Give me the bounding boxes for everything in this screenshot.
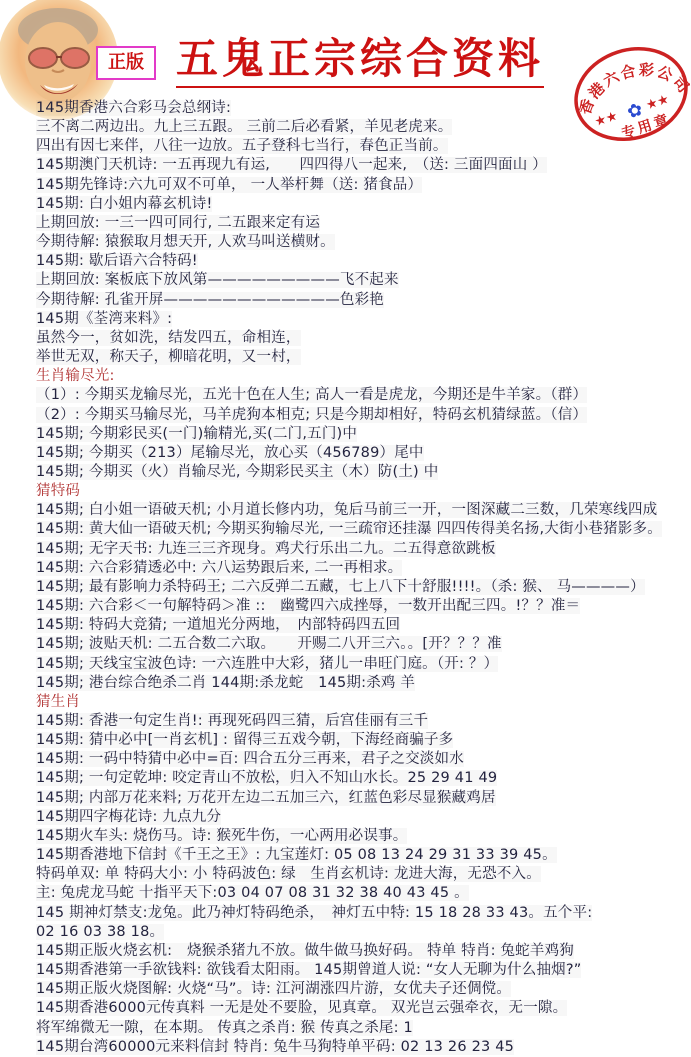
tip-sheet-page: 正版 五鬼正宗综合资料 香港六合彩公司 ★★ ✿ ★★ 专用章 145期香港六合… — [0, 0, 691, 1057]
text-line: 145期; 内部万花来料; 万花开左边二五加三六，红蓝色彩尽显猴藏鸡居 — [36, 789, 691, 808]
text-line: 145 期神灯禁支:龙兔。此乃神灯特码绝杀， 神灯五中特: 15 18 28 3… — [36, 904, 691, 923]
text-line: 145期: 猜中必中[一肖玄机] : 留得三五戏今朝，下海经商骗子多 — [36, 731, 691, 750]
text-line: 145期四字梅花诗: 九点九分 — [36, 808, 691, 827]
text-line: （2）: 今期买马输尽光，马羊虎狗本相克; 只是今期却相好，特码玄机猜绿蓝。（信… — [36, 406, 691, 425]
text-line: 145期; 最有影响力杀特码王; 二六反弹二五藏，七上八下十舒服!!!!。（杀:… — [36, 578, 691, 597]
text-line: 145期: 黄大仙一语破天机; 今期买狗输尽光, 一三疏帘还挂瀑 四四传得美名扬… — [36, 520, 691, 539]
content-lines: 145期香港六合彩马会总纲诗:三不离二两边出。九上三五跟。 三前二后必看紧，羊见… — [0, 99, 691, 1057]
text-line: 今期待解: 孔雀开屏————————————色彩艳 — [36, 291, 691, 310]
text-line: 上期回放: 案板底下放风第—————————飞不起来 — [36, 271, 691, 290]
text-line: 145期; 港台综合绝杀二肖 144期:杀龙蛇 145期:杀鸡 羊 — [36, 674, 691, 693]
text-line: 145期: 歇后语六合特码! — [36, 252, 691, 271]
section-header: 猜生肖 — [36, 693, 691, 712]
authentic-badge: 正版 — [96, 46, 156, 80]
text-line: 145期; 一句定乾坤: 咬定青山不放松，归入不知山水长。25 29 41 49 — [36, 769, 691, 788]
text-line: 02 16 03 38 18。 — [36, 923, 691, 942]
text-line: 145期; 波贴天机: 二五合数二六取。 开赐二八开三六。。[开？？？准 — [36, 635, 691, 654]
text-line: 145期: 一码中特猜中必中=百: 四合五分三再来，君子之交淡如水 — [36, 750, 691, 769]
text-line: 145期台湾60000元来料信封 特肖: 兔牛马狗特单平码: 02 13 26 … — [36, 1038, 691, 1057]
text-line: 将军绵微无一隙，在本期。 传真之杀肖: 猴 传真之杀尾: 1 — [36, 1019, 691, 1038]
section-header: 生肖输尽光: — [36, 367, 691, 386]
text-line: 145期; 白小姐一语破天机; 小月道长修内功，兔后马前三一开，一图深藏二三数，… — [36, 501, 691, 520]
text-line: 145期; 无字天书: 九连三三齐现身。鸡犬行乐出二九。二五得意欲跳板 — [36, 540, 691, 559]
text-line: 145期《荃湾来料》: — [36, 310, 691, 329]
text-line: （1）: 今期买龙输尽光，五光十色在人生; 高人一看是虎龙，今期还是牛羊家。（群… — [36, 386, 691, 405]
text-line: 四出有因七来伴，八往一边放。五子登科七当行，春色正当前。 — [36, 137, 691, 156]
text-line: 特码单双: 单 特码大小: 小 特码波色: 绿 生肖玄机诗: 龙进大海，无恐不入… — [36, 865, 691, 884]
text-line: 145期香港地下信封《千王之王》: 九宝莲灯: 05 08 13 24 29 3… — [36, 846, 691, 865]
text-line: 145期正版火烧图解: 火烧“马”。诗: 江河湖涨四片游，女优夫子还倜傥。 — [36, 980, 691, 999]
text-line: 上期回放: 一三一四可同行, 二五跟来定有运 — [36, 214, 691, 233]
text-line: 145期: 六合彩＜一句解特码＞准 :: 幽鹭四六成挫辱，一数开出配三四。!？？… — [36, 597, 691, 616]
text-line: 145期香港6000元传真料 一无是处不要脸，见真章。 双光岂云强牵衣，无一隙。 — [36, 999, 691, 1018]
text-line: 145期; 今期买（火）肖输尽光, 今期彩民买主（木）防(土) 中 — [36, 463, 691, 482]
sheet-header: 正版 五鬼正宗综合资料 香港六合彩公司 ★★ ✿ ★★ 专用章 — [0, 0, 691, 100]
text-line: 主: 兔虎龙马蛇 十指平天下:03 04 07 08 31 32 38 40 4… — [36, 884, 691, 903]
section-header: 猜特码 — [36, 482, 691, 501]
text-line: 145期香港六合彩马会总纲诗: — [36, 99, 691, 118]
text-line: 145期: 白小姐内幕玄机诗! — [36, 195, 691, 214]
text-line: 145期火车头: 烧伤马。诗: 猴死牛伤，一心两用必误事。 — [36, 827, 691, 846]
text-line: 145期先锋诗:六九可双不可单， 一人举杆舞（送: 猪食品） — [36, 176, 691, 195]
text-line: 145期香港第一手欲钱料: 欲钱看太阳雨。 145期曾道人说: “女人无聊为什么… — [36, 961, 691, 980]
text-line: 145期; 今期买（213）尾输尽光，放心买（456789）尾中 — [36, 444, 691, 463]
text-line: 145期: 香港一句定生肖!: 再现死码四三猜，后宫佳丽有三千 — [36, 712, 691, 731]
text-line: 145期: 特码大竞猜; 一道旭光分两地， 内部特码四五回 — [36, 616, 691, 635]
text-line: 145期澳门天机诗: 一五再现九有运, 四四得八一起来, （送: 三面四面山 ） — [36, 156, 691, 175]
text-line: 145期正版火烧玄机: 烧猴杀猪九不放。做牛做马换好码。 特单 特肖: 兔蛇羊鸡… — [36, 942, 691, 961]
text-line: 虽然今一，贫如洗，结发四五，命相连， — [36, 329, 691, 348]
text-line: 三不离二两边出。九上三五跟。 三前二后必看紧，羊见老虎来。 — [36, 118, 691, 137]
text-line: 举世无双，称天子，柳暗花明，又一村， — [36, 348, 691, 367]
page-title: 五鬼正宗综合资料 — [176, 34, 544, 88]
text-line: 今期待解: 猿猴取月想天开, 人欢马叫送横财。 — [36, 233, 691, 252]
text-line: 145期: 六合彩猜透必中: 六八运势跟后来, 二一再相求。 — [36, 559, 691, 578]
text-line: 145期; 天线宝宝波色诗: 一六连胜中大彩，猪儿一串旺门庭。（开: ？） — [36, 655, 691, 674]
text-line: 145期; 今期彩民买(一门)输精光,买(二门,五门)中 — [36, 425, 691, 444]
